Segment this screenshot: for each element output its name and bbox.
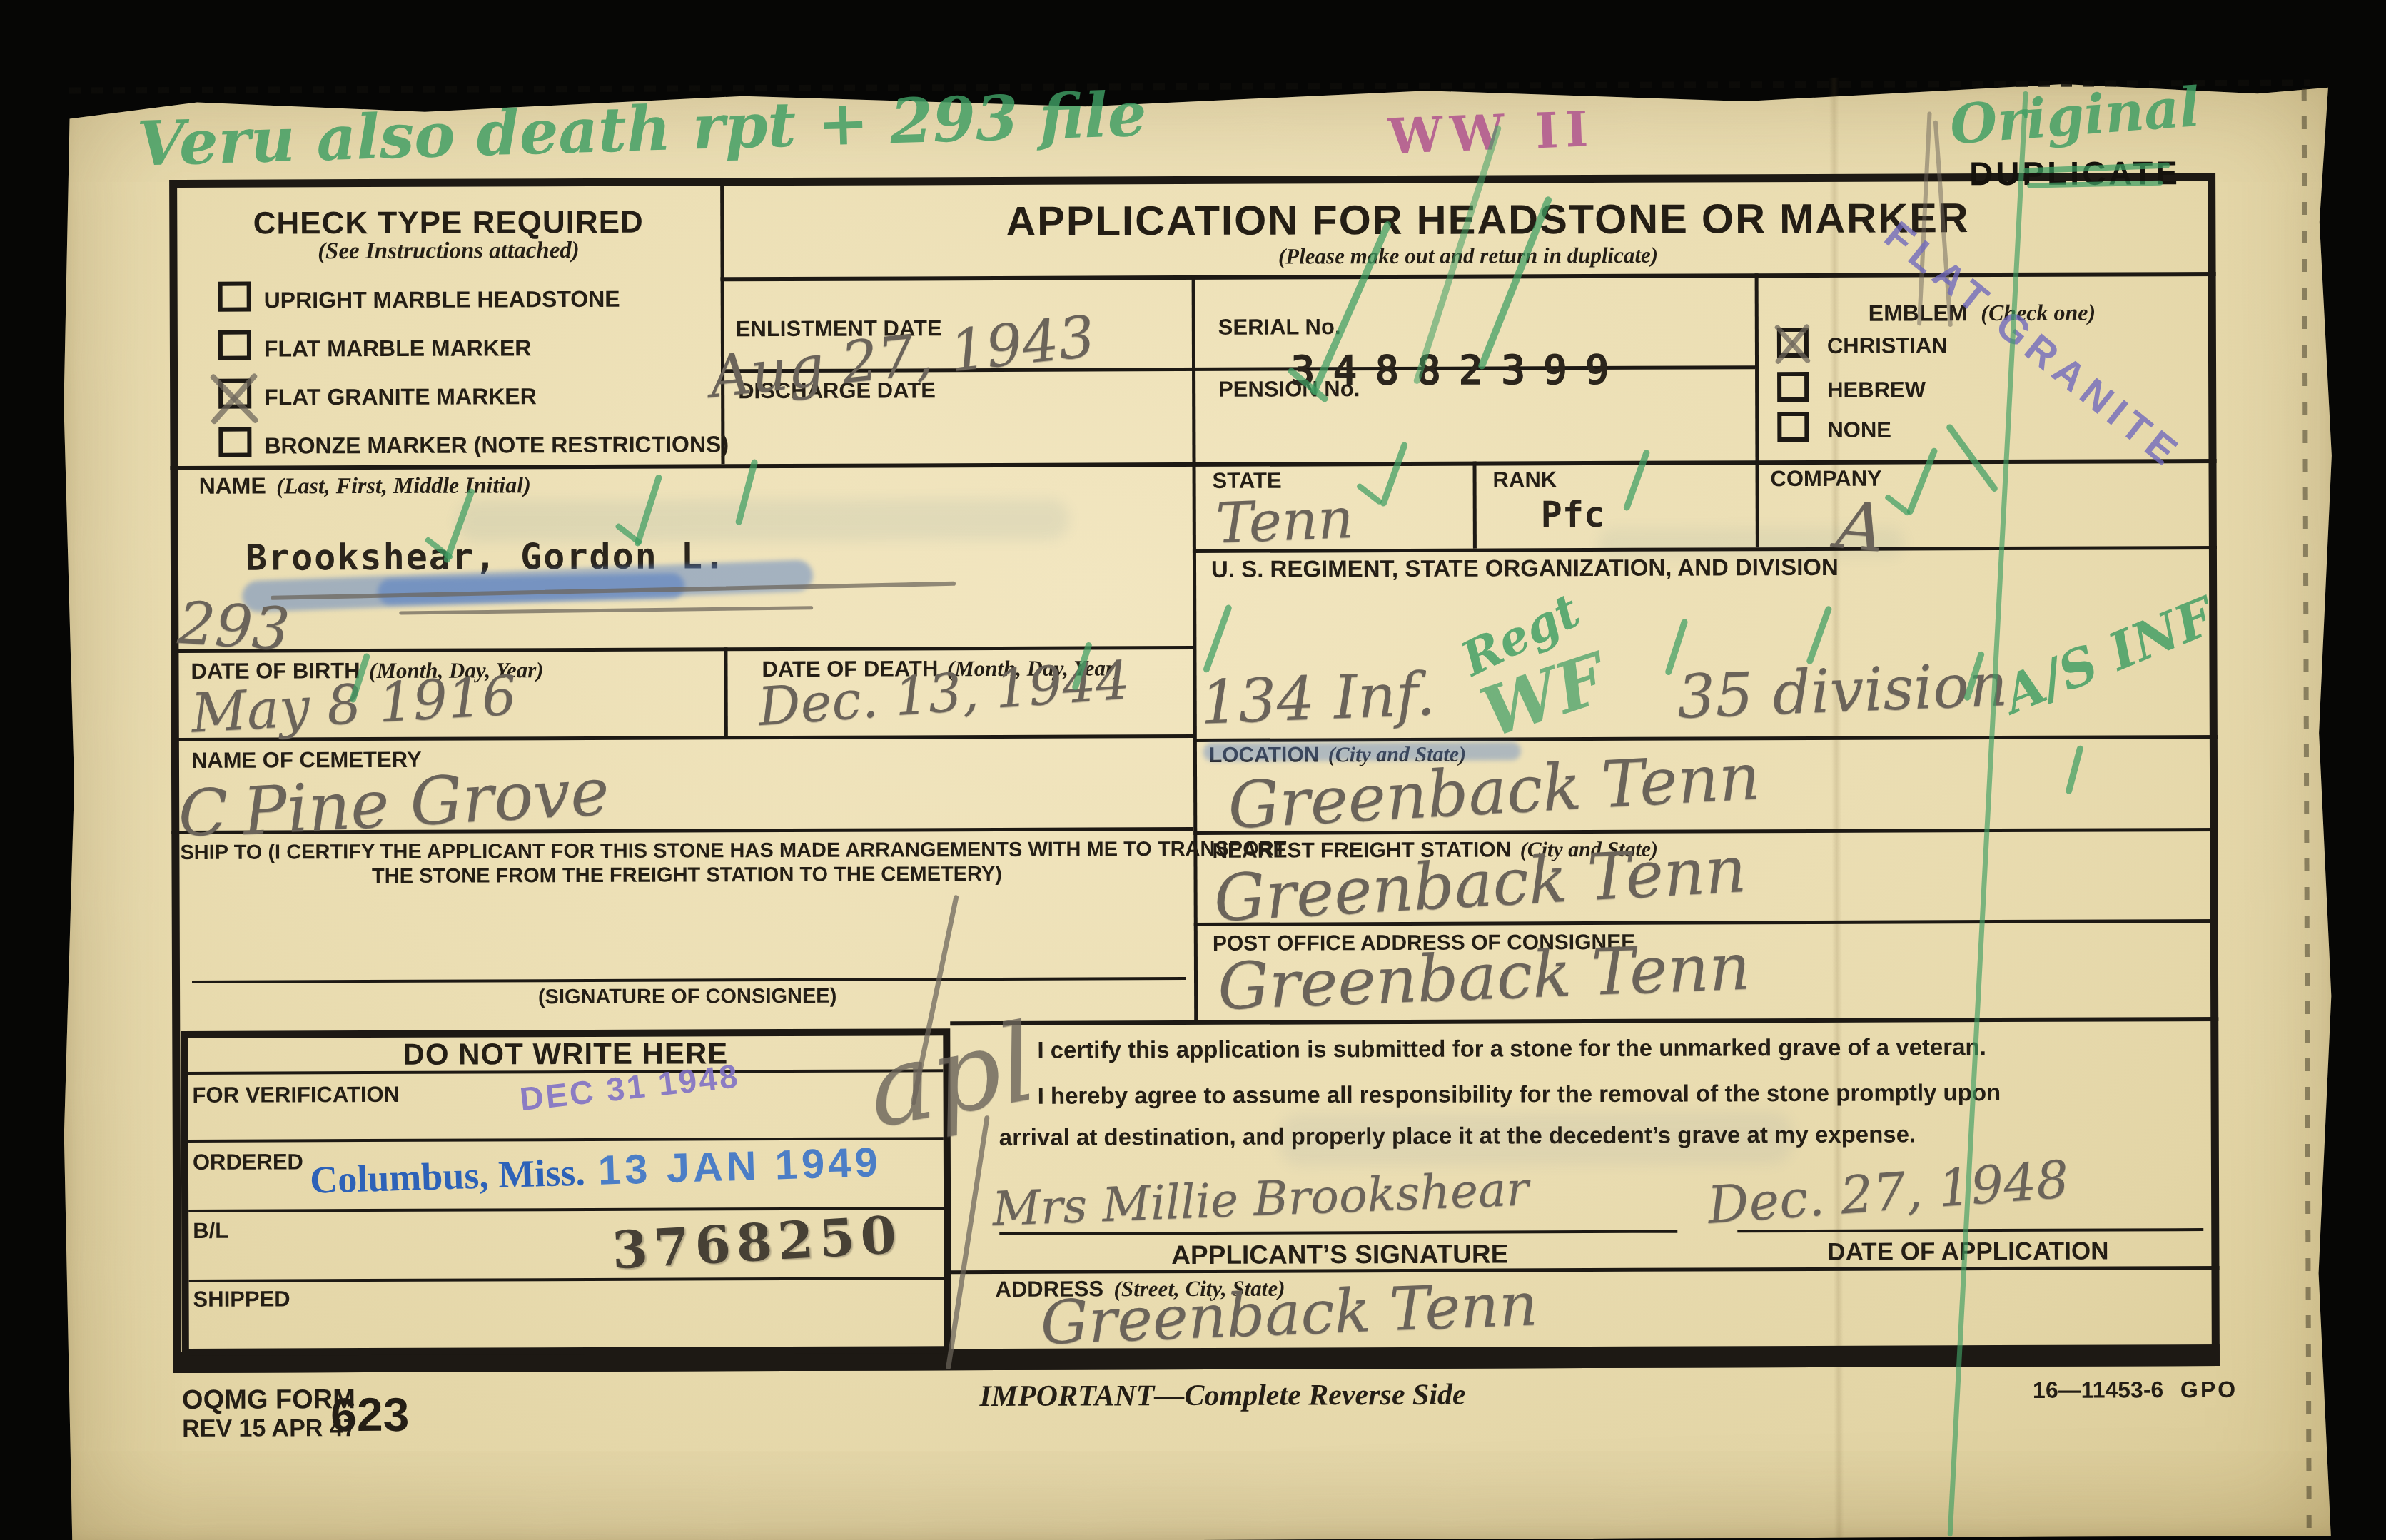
company-handwriting: A xyxy=(1834,487,1889,567)
checkbox-none xyxy=(1777,412,1809,442)
checkbox-upright-marble-headstone xyxy=(218,282,251,312)
applicant-signature-caption: APPLICANT’S SIGNATURE xyxy=(1165,1239,1515,1270)
rule xyxy=(724,647,727,736)
do-not-write-title: DO NOT WRITE HERE xyxy=(188,1035,943,1073)
checkbox-label: FLAT MARBLE MARKER xyxy=(264,335,532,362)
ship-to-line2: THE STONE FROM THE FREIGHT STATION TO TH… xyxy=(180,862,1193,889)
checkbox-label: BRONZE MARKER (NOTE RESTRICTIONS) xyxy=(264,431,729,459)
certify-paragraph-1: I certify this application is submitted … xyxy=(1037,1033,1986,1064)
date-of-application-caption: DATE OF APPLICATION xyxy=(1818,1237,2118,1266)
footer-form-number: 623 xyxy=(330,1387,409,1442)
name-label: NAME (Last, First, Middle Initial) xyxy=(199,472,531,500)
certify-paragraph-2b: arrival at destination, and properly pla… xyxy=(999,1120,1916,1150)
emblem-option-label: CHRISTIAN xyxy=(1827,333,1948,359)
serial-no-label: SERIAL No. xyxy=(1218,314,1341,340)
rule xyxy=(1472,462,1476,549)
ordered-stamp-date: 13 JAN 1949 xyxy=(597,1139,882,1194)
checkbox-label: FLAT GRANITE MARKER xyxy=(264,383,537,410)
ordered-stamp-place: Columbus, Miss. xyxy=(309,1150,585,1201)
check-type-title: CHECK TYPE REQUIRED xyxy=(178,204,719,242)
cemetery-prefix-handwriting: C xyxy=(178,776,228,851)
regiment-handwriting-left: 134 Inf. xyxy=(1199,659,1437,738)
for-verification-label: FOR VERIFICATION xyxy=(193,1082,400,1108)
rank-label: RANK xyxy=(1493,467,1557,492)
regiment-label: U. S. REGIMENT, STATE ORGANIZATION, AND … xyxy=(1211,554,1839,583)
footer-form-code: OQMG FORM xyxy=(182,1384,355,1416)
rank-value: Pfc xyxy=(1541,494,1606,535)
footer-important: IMPORTANT—Complete Reverse Side xyxy=(937,1377,1508,1414)
regiment-handwriting-right: 35 division xyxy=(1676,649,2009,732)
checkbox-label: UPRIGHT MARBLE HEADSTONE xyxy=(264,286,620,314)
state-handwriting: Tenn xyxy=(1215,487,1355,556)
footer-gpo: GPO xyxy=(2180,1377,2238,1403)
ordered-label: ORDERED xyxy=(193,1149,303,1175)
checkbox-bronze-marker xyxy=(218,427,251,457)
emblem-option-label: HEBREW xyxy=(1827,377,1926,402)
emblem-option-label: NONE xyxy=(1827,417,1891,443)
company-label: COMPANY xyxy=(1771,466,1882,492)
shipped-label: SHIPPED xyxy=(193,1286,290,1312)
checkbox-flat-marble-marker xyxy=(218,330,251,360)
signature-of-consignee-caption: (SIGNATURE OF CONSIGNEE) xyxy=(181,983,1194,1010)
bl-label: B/L xyxy=(193,1218,228,1244)
serial-no-value: 34882399 xyxy=(1290,345,1627,395)
paper-sheet: CHECK TYPE REQUIRED (See Instructions at… xyxy=(0,0,2386,1540)
form-subtitle: (Please make out and return in duplicate… xyxy=(1006,241,1930,270)
check-type-subtitle: (See Instructions attached) xyxy=(178,237,719,265)
name-number-handwriting: 293 xyxy=(176,589,291,664)
certify-paragraph-2a: I hereby agree to assume all responsibil… xyxy=(1038,1079,2001,1110)
checkbox-hebrew xyxy=(1777,372,1809,402)
scanned-document: CHECK TYPE REQUIRED (See Instructions at… xyxy=(0,0,2386,1540)
pencil-x-mark xyxy=(206,370,263,427)
pencil-x-mark xyxy=(1770,322,1814,366)
footer-print-code: 16—11453-6 xyxy=(2033,1377,2163,1404)
